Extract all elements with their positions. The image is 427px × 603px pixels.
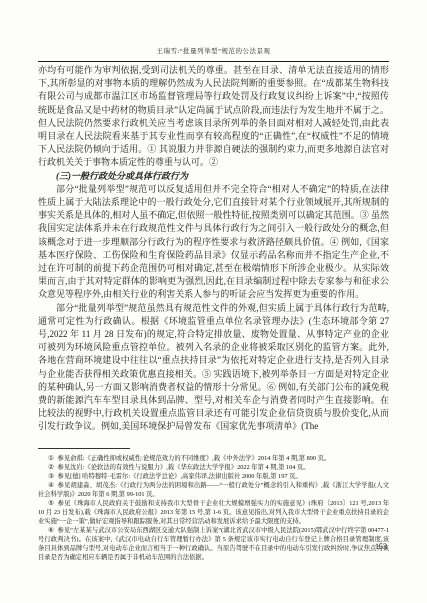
footnote-marker: ⑤ [48, 500, 54, 507]
article-body: 亦均有可能作为审判依据,受到司法机关的尊重。甚至在目录、清单无法直接适用的情形下… [38, 64, 389, 434]
running-header: 王瑞雪:“批量列举型”规范的公法景观 [38, 0, 389, 55]
footnote-marker: ④ [48, 482, 54, 489]
footnote-marker: ⑥ [48, 527, 54, 534]
footnote-item: ②参见沈岿:《论软法的有效性与说服力》,载《华东政法大学学报》2022 年第 4… [38, 463, 389, 472]
footnote-text: 参见胡建淼、胡茂杰:《行政行为两分法的困境和出路——“一般行政处分”概念的引入和… [38, 482, 389, 498]
section-heading: (三)一般行政处分或具体行政行为 [38, 170, 389, 183]
journal-page: 王瑞雪:“批量列举型”规范的公法景观 亦均有可能作为审判依据,受到司法机关的尊重… [0, 0, 427, 603]
footnote-text: 参见[德] 哈特穆特·毛雷尔:《行政法学总论》,高家伟译,法律出版社 2000 … [58, 473, 302, 480]
footnote-separator [38, 448, 130, 449]
footnote-item: ⑥参见“左某某与武汉市公安局东西湖区交通大队强制上诉案”(湖北省武汉市中级人民法… [38, 526, 389, 562]
footnotes-section: ①参见俞祺:《正确性抑或权威性:论规范效力的不同维度》,载《中外法学》2014 … [38, 454, 389, 562]
body-paragraph: 部分“批量列举型”规范虽然具有规范性文件的外观,但实质上属于具体行政行为范畴,通… [38, 302, 389, 434]
page-number: 153 [375, 542, 387, 551]
footnote-item: ①参见俞祺:《正确性抑或权威性:论规范效力的不同维度》,载《中外法学》2014 … [38, 454, 389, 463]
footnote-marker: ① [48, 455, 54, 462]
header-rule [38, 61, 389, 62]
footnote-text: 参见沈岿:《论软法的有效性与说服力》,载《华东政法大学学报》2022 年第 4 … [58, 464, 310, 471]
footnote-item: ③参见[德] 哈特穆特·毛雷尔:《行政法学总论》,高家伟译,法律出版社 2000… [38, 472, 389, 481]
footnote-text: 参见《珠海市人民政府关于鼓励和支持我市大型骨干企业壮大规模增强实力的实施意见》(… [38, 500, 389, 525]
footnote-marker: ③ [48, 473, 54, 480]
footnote-text: 参见俞祺:《正确性抑或权威性:论规范效力的不同维度》,载《中外法学》2014 年… [58, 455, 331, 462]
footnote-item: ⑤参见《珠海市人民政府关于鼓励和支持我市大型骨干企业壮大规模增强实力的实施意见》… [38, 499, 389, 526]
footnote-marker: ② [48, 464, 54, 471]
body-paragraph: 部分“批量列举型”规范可以反复适用但并不完全符合“相对人不确定”的特质,在法律性… [38, 183, 389, 302]
footnote-text: 参见“左某某与武汉市公安局东西湖区交通大队强制上诉案”(湖北省武汉市中级人民法院… [38, 527, 389, 561]
body-paragraph: 亦均有可能作为审判依据,受到司法机关的尊重。甚至在目录、清单无法直接适用的情形下… [38, 64, 389, 170]
footnote-item: ④参见胡建淼、胡茂杰:《行政行为两分法的困境和出路——“一般行政处分”概念的引入… [38, 481, 389, 499]
